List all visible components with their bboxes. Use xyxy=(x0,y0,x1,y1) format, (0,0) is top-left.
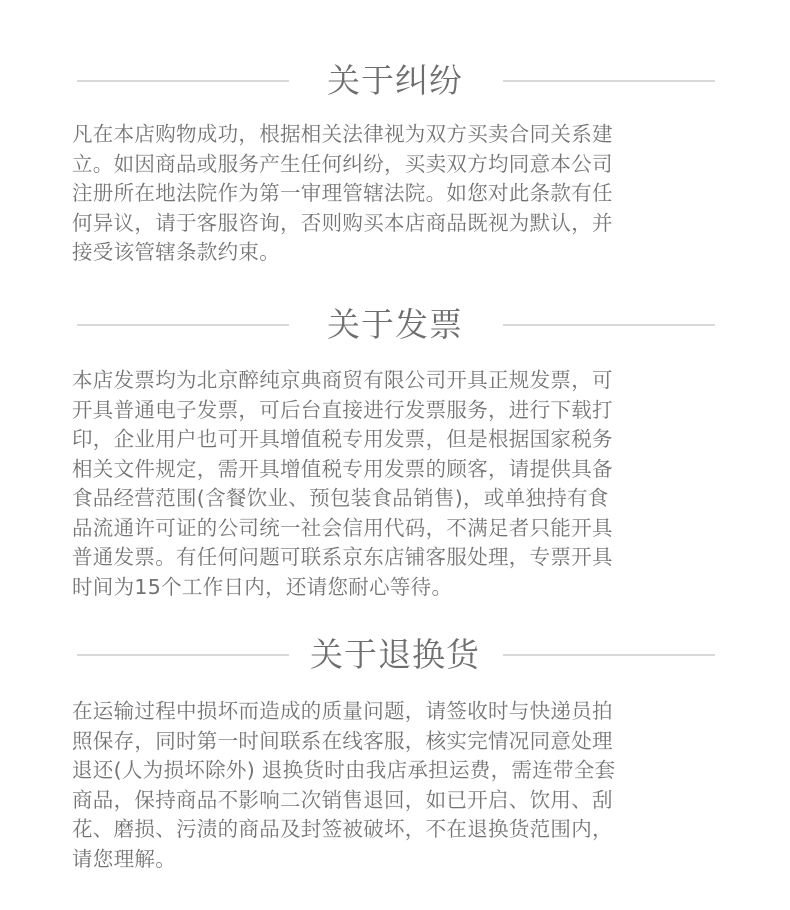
section-header: 关于退换货 xyxy=(0,635,790,675)
divider-right xyxy=(503,80,715,82)
section-header: 关于发票 xyxy=(0,305,790,345)
text-line: 花、磨损、污渍的商品及封签被破坏，不在退换货范围内， xyxy=(72,815,712,845)
divider-right xyxy=(503,324,715,326)
text-line: 注册所在地法院作为第一审理管辖法院。如您对此条款有任 xyxy=(72,179,712,209)
text-line: 立。如因商品或服务产生任何纠纷，买卖双方均同意本公司 xyxy=(72,150,712,180)
text-line: 凡在本店购物成功，根据相关法律视为双方买卖合同关系建 xyxy=(72,120,712,150)
text-line: 照保存，同时第一时间联系在线客服，核实完情况同意处理 xyxy=(72,727,712,757)
section-body: 在运输过程中损坏而造成的质量问题，请签收时与快递员拍 照保存，同时第一时间联系在… xyxy=(72,697,712,874)
text-line: 品流通许可证的公司统一社会信用代码，不满足者只能开具 xyxy=(72,514,712,544)
text-line: 开具普通电子发票，可后台直接进行发票服务，进行下载打 xyxy=(72,396,712,426)
text-line: 何异议，请于客服咨询，否则购买本店商品既视为默认，并 xyxy=(72,209,712,239)
section-body: 凡在本店购物成功，根据相关法律视为双方买卖合同关系建 立。如因商品或服务产生任何… xyxy=(72,120,712,268)
text-line: 接受该管辖条款约束。 xyxy=(72,238,712,268)
text-line: 商品，保持商品不影响二次销售退回，如已开启、饮用、刮 xyxy=(72,786,712,816)
text-line: 在运输过程中损坏而造成的质量问题，请签收时与快递员拍 xyxy=(72,697,712,727)
text-line: 相关文件规定，需开具增值税专用发票的顾客，请提供具备 xyxy=(72,455,712,485)
text-line: 请您理解。 xyxy=(72,845,712,875)
text-line: 食品经营范围(含餐饮业、预包装食品销售)，或单独持有食 xyxy=(72,484,712,514)
text-line: 印，企业用户也可开具增值税专用发票，但是根据国家税务 xyxy=(72,425,712,455)
text-line: 时间为15个工作日内，还请您耐心等待。 xyxy=(72,573,712,603)
section-body: 本店发票均为北京醉纯京典商贸有限公司开具正规发票，可 开具普通电子发票，可后台直… xyxy=(72,366,712,602)
text-line: 普通发票。有任何问题可联系京东店铺客服处理，专票开具 xyxy=(72,543,712,573)
section-header: 关于纠纷 xyxy=(0,61,790,101)
divider-right xyxy=(503,654,715,656)
text-line: 本店发票均为北京醉纯京典商贸有限公司开具正规发票，可 xyxy=(72,366,712,396)
text-line: 退还(人为损坏除外) 退换货时由我店承担运费，需连带全套 xyxy=(72,756,712,786)
